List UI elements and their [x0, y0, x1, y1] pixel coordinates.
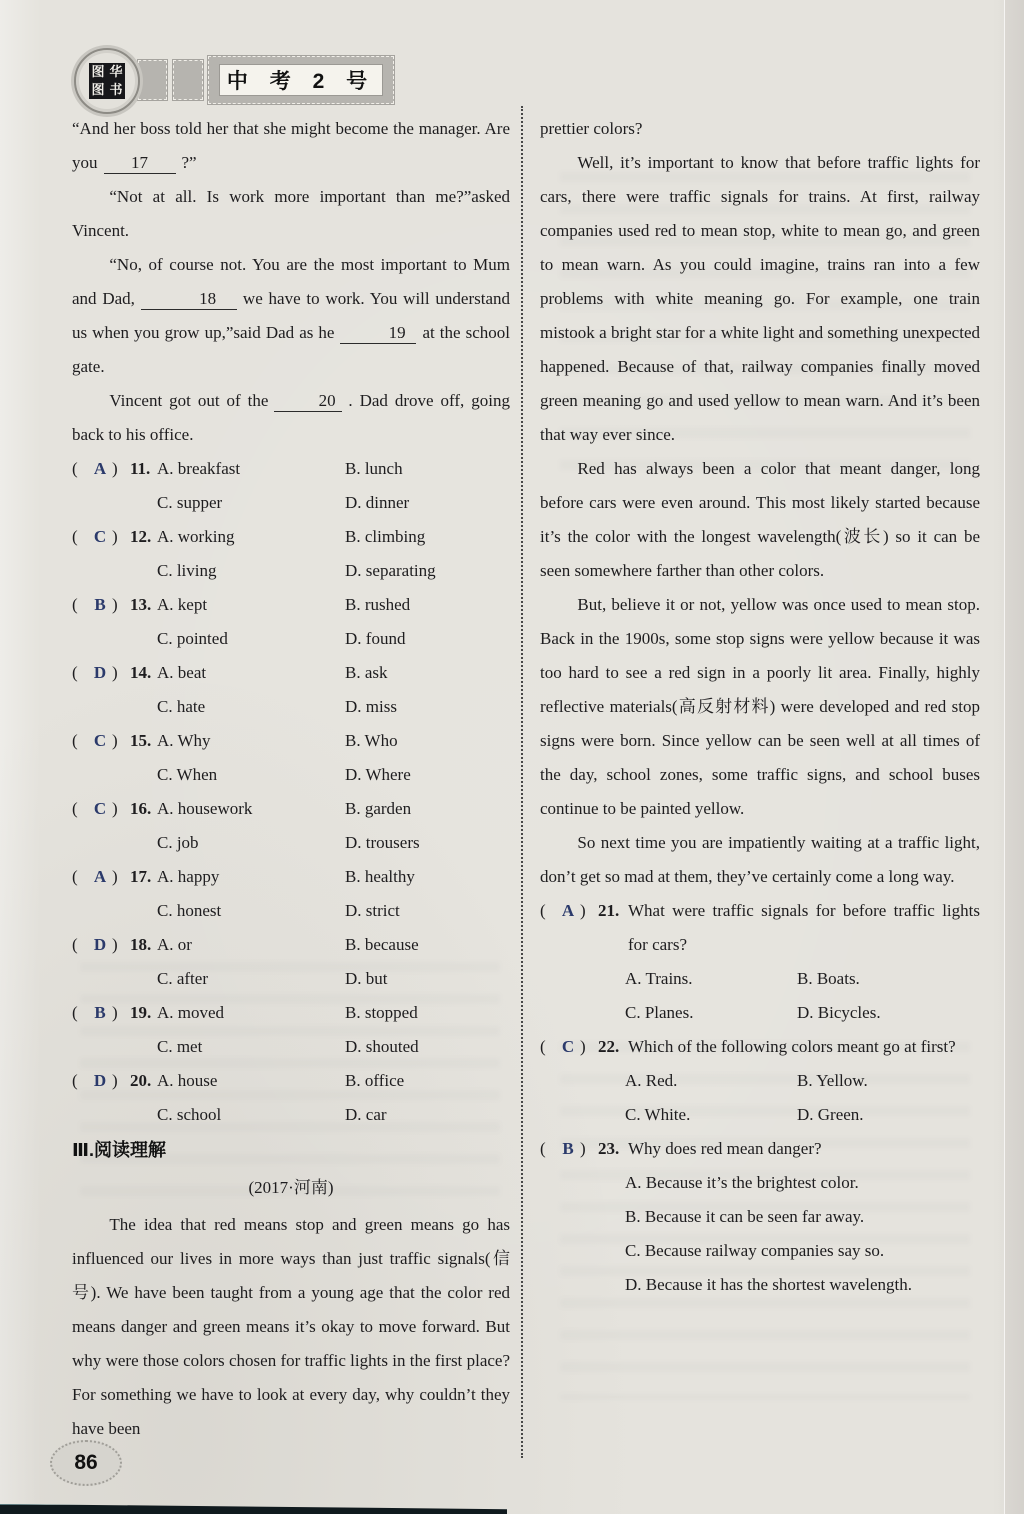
option-d: D. dinner: [345, 486, 510, 520]
option-d: D. car: [345, 1098, 510, 1132]
paren: (: [72, 452, 88, 486]
option-b: B. because: [345, 928, 510, 962]
answer-cell: (C)22.: [540, 1037, 628, 1056]
reading-question-22: (C)22.Which of the following colors mean…: [540, 1030, 980, 1064]
text-segment: ?”: [182, 153, 197, 172]
question-number: 18.: [130, 928, 151, 962]
option-b: B. ask: [345, 656, 510, 690]
series-title-banner: 中 考 2 号: [208, 56, 394, 104]
answer-letter: A: [88, 860, 112, 894]
option-d: D. Because it has the shortest wavelengt…: [625, 1268, 980, 1302]
answer-cell: (D)18.: [72, 928, 157, 962]
option-d: D. separating: [345, 554, 510, 588]
option-a: A. Why: [157, 724, 345, 758]
paren: (: [72, 588, 88, 622]
option-a: A. working: [157, 520, 345, 554]
question-number: 14.: [130, 656, 151, 690]
answer-cell: (B)23.: [540, 1139, 628, 1158]
option-b: B. rushed: [345, 588, 510, 622]
paren: (: [540, 1030, 556, 1064]
answer-letter: C: [88, 792, 112, 826]
paren: (: [72, 928, 88, 962]
option-b: B. Boats.: [797, 962, 980, 996]
paren: (: [72, 860, 88, 894]
paren: ): [580, 1132, 598, 1166]
paren: ): [112, 588, 130, 622]
reading-question-21: (A)21.What were traffic signals for befo…: [540, 894, 980, 962]
passage-paragraph: So next time you are impatiently waiting…: [540, 826, 980, 894]
option-c: C. living: [157, 554, 345, 588]
paren: ): [112, 792, 130, 826]
question-number: 11.: [130, 452, 150, 486]
question-text: What were traffic signals for before tra…: [628, 901, 980, 954]
cloze-question-16: (C)16. A. housework B. garden C. job D. …: [72, 792, 510, 860]
seal-char: 华: [107, 63, 125, 81]
answer-letter: A: [88, 452, 112, 486]
option-d: D. Green.: [797, 1098, 980, 1132]
answer-letter: D: [88, 928, 112, 962]
answer-cell: (B)13.: [72, 588, 157, 622]
paren: (: [72, 656, 88, 690]
option-a: A. or: [157, 928, 345, 962]
question-number: 19.: [130, 996, 151, 1030]
answer-letter: D: [88, 1064, 112, 1098]
seal-char: 图: [89, 81, 107, 99]
dialogue-paragraph: “Not at all. Is work more important than…: [72, 180, 510, 248]
option-a: A. beat: [157, 656, 345, 690]
dialogue-paragraph: “And her boss told her that she might be…: [72, 112, 510, 180]
paren: (: [72, 520, 88, 554]
paren: (: [72, 1064, 88, 1098]
answer-cell: (D)14.: [72, 656, 157, 690]
paren: ): [112, 724, 130, 758]
paren: ): [112, 656, 130, 690]
cloze-blank-19: 19: [340, 323, 416, 344]
header-ribbon-segment: [138, 60, 167, 100]
option-d: D. found: [345, 622, 510, 656]
series-title: 中 考 2 号: [219, 64, 383, 96]
answer-cell: (B)19.: [72, 996, 157, 1030]
option-a: A. happy: [157, 860, 345, 894]
answer-letter: C: [88, 724, 112, 758]
paren: (: [72, 724, 88, 758]
answer-cell: (C)12.: [72, 520, 157, 554]
question-number: 22.: [598, 1030, 628, 1064]
answer-cell: (C)16.: [72, 792, 157, 826]
question-options: A. Because it’s the brightest color. B. …: [625, 1166, 980, 1302]
option-b: B. lunch: [345, 452, 510, 486]
passage-paragraph: Red has always been a color that meant d…: [540, 452, 980, 588]
answer-cell: (A)11.: [72, 452, 157, 486]
text-segment: Vincent got out of the: [109, 391, 268, 410]
publisher-seal-logo: 图 华 图 书: [74, 48, 140, 114]
paren: ): [112, 928, 130, 962]
option-d: D. shouted: [345, 1030, 510, 1064]
question-options: A. Red. B. Yellow. C. White. D. Green.: [625, 1064, 980, 1132]
option-d: D. but: [345, 962, 510, 996]
option-d: D. Where: [345, 758, 510, 792]
option-a: A. housework: [157, 792, 345, 826]
text-segment: “Not at all. Is work more important than…: [72, 187, 510, 240]
option-b: B. climbing: [345, 520, 510, 554]
answer-cell: (D)20.: [72, 1064, 157, 1098]
cloze-question-18: (D)18. A. or B. because C. after D. but: [72, 928, 510, 996]
option-c: C. White.: [625, 1098, 797, 1132]
passage-paragraph: The idea that red means stop and green m…: [72, 1208, 510, 1446]
seal-char: 图: [89, 63, 107, 81]
seal-characters: 图 华 图 书: [89, 63, 125, 99]
cloze-question-20: (D)20. A. house B. office C. school D. c…: [72, 1064, 510, 1132]
option-b: B. Who: [345, 724, 510, 758]
question-number: 23.: [598, 1132, 628, 1166]
paren: ): [112, 520, 130, 554]
passage-paragraph: But, believe it or not, yellow was once …: [540, 588, 980, 826]
passage-paragraph: Well, it’s important to know that before…: [540, 146, 980, 452]
left-column: “And her boss told her that she might be…: [72, 112, 510, 1446]
option-c: C. supper: [157, 486, 345, 520]
question-number: 17.: [130, 860, 151, 894]
cloze-question-15: (C)15. A. Why B. Who C. When D. Where: [72, 724, 510, 792]
cloze-blank-20: 20: [274, 391, 342, 412]
option-b: B. garden: [345, 792, 510, 826]
paren: ): [112, 452, 130, 486]
paren: (: [540, 894, 556, 928]
option-c: C. Because railway companies say so.: [625, 1234, 980, 1268]
seal-char: 书: [107, 81, 125, 99]
page-header: 图 华 图 书 中 考 2 号: [0, 0, 1024, 112]
option-c: C. hate: [157, 690, 345, 724]
dialogue-paragraph: Vincent got out of the20. Dad drove off,…: [72, 384, 510, 452]
option-c: C. after: [157, 962, 345, 996]
option-c: C. pointed: [157, 622, 345, 656]
paren: ): [112, 996, 130, 1030]
passage-source: (2017·河南): [72, 1168, 510, 1208]
page-number: 86: [74, 1451, 97, 1475]
question-number: 20.: [130, 1064, 151, 1098]
question-number: 13.: [130, 588, 151, 622]
page-edge-line: [1004, 0, 1005, 1514]
option-b: B. healthy: [345, 860, 510, 894]
right-column: prettier colors? Well, it’s important to…: [540, 112, 980, 1302]
paren: ): [580, 894, 598, 928]
option-a: A. Red.: [625, 1064, 797, 1098]
option-a: A. house: [157, 1064, 345, 1098]
answer-letter: B: [88, 588, 112, 622]
cloze-question-14: (D)14. A. beat B. ask C. hate D. miss: [72, 656, 510, 724]
answer-letter: D: [88, 656, 112, 690]
answer-cell: (A)21.: [540, 901, 628, 920]
cloze-question-11: (A)11. A. breakfast B. lunch C. supper D…: [72, 452, 510, 520]
question-number: 16.: [130, 792, 151, 826]
cloze-question-12: (C)12. A. working B. climbing C. living …: [72, 520, 510, 588]
paren: ): [580, 1030, 598, 1064]
cloze-blank-18: 18: [141, 289, 237, 310]
option-b: B. Yellow.: [797, 1064, 980, 1098]
option-d: D. Bicycles.: [797, 996, 980, 1030]
option-d: D. miss: [345, 690, 510, 724]
page-right-margin: [1005, 0, 1024, 1514]
option-b: B. office: [345, 1064, 510, 1098]
book-edge-shadow: [0, 1504, 507, 1514]
dialogue-paragraph: “No, of course not. You are the most imp…: [72, 248, 510, 384]
cloze-question-17: (A)17. A. happy B. healthy C. honest D. …: [72, 860, 510, 928]
paren: (: [72, 792, 88, 826]
answer-letter: C: [88, 520, 112, 554]
cloze-blank-17: 17: [104, 153, 176, 174]
page-number-badge: 86: [50, 1440, 122, 1486]
answer-cell: (C)15.: [72, 724, 157, 758]
paren: (: [72, 996, 88, 1030]
option-a: A. Trains.: [625, 962, 797, 996]
option-a: A. moved: [157, 996, 345, 1030]
answer-letter: B: [88, 996, 112, 1030]
question-number: 15.: [130, 724, 151, 758]
paren: ): [112, 1064, 130, 1098]
header-ribbon-segment: [173, 60, 203, 100]
scanned-workbook-page: 图 华 图 书 中 考 2 号 “And her boss told her t…: [0, 0, 1024, 1514]
question-text: Which of the following colors meant go a…: [628, 1037, 956, 1056]
option-a: A. Because it’s the brightest color.: [625, 1166, 980, 1200]
column-divider: [521, 106, 523, 1458]
answer-letter: B: [556, 1132, 580, 1166]
answer-letter: C: [556, 1030, 580, 1064]
reading-question-23: (B)23.Why does red mean danger?: [540, 1132, 980, 1166]
option-c: C. Planes.: [625, 996, 797, 1030]
question-text: Why does red mean danger?: [628, 1139, 822, 1158]
option-b: B. Because it can be seen far away.: [625, 1200, 980, 1234]
passage-paragraph: prettier colors?: [540, 112, 980, 146]
option-a: A. kept: [157, 588, 345, 622]
answer-cell: (A)17.: [72, 860, 157, 894]
option-c: C. job: [157, 826, 345, 860]
option-d: D. trousers: [345, 826, 510, 860]
section-heading-reading: Ⅲ.阅读理解: [72, 1132, 510, 1168]
option-c: C. When: [157, 758, 345, 792]
cloze-question-19: (B)19. A. moved B. stopped C. met D. sho…: [72, 996, 510, 1064]
question-options: A. Trains. B. Boats. C. Planes. D. Bicyc…: [625, 962, 980, 1030]
paren: (: [540, 1132, 556, 1166]
option-b: B. stopped: [345, 996, 510, 1030]
question-number: 21.: [598, 894, 628, 928]
question-number: 12.: [130, 520, 151, 554]
cloze-question-13: (B)13. A. kept B. rushed C. pointed D. f…: [72, 588, 510, 656]
option-c: C. school: [157, 1098, 345, 1132]
paren: ): [112, 860, 130, 894]
option-d: D. strict: [345, 894, 510, 928]
option-c: C. met: [157, 1030, 345, 1064]
answer-letter: A: [556, 894, 580, 928]
option-a: A. breakfast: [157, 452, 345, 486]
option-c: C. honest: [157, 894, 345, 928]
